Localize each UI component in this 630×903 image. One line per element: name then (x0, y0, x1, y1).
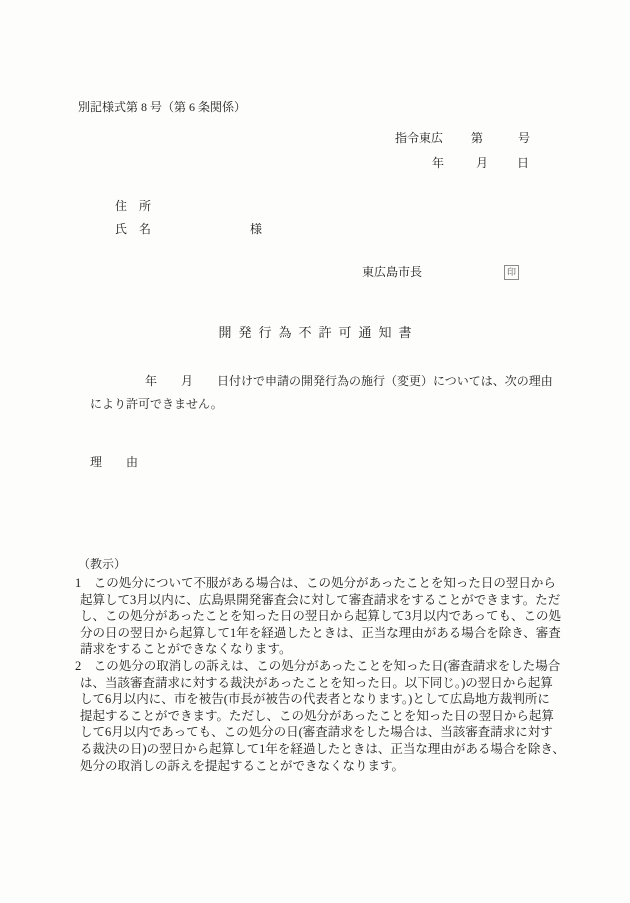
notice-heading: （教示） (78, 557, 126, 572)
doc-number-dai-label: 第 (471, 131, 483, 146)
recipient-honorific: 様 (250, 222, 262, 237)
notice-block: 1 この処分について不服がある場合は、この処分があったことを知った日の翌日から … (75, 575, 575, 774)
mayor-seal-mark: 印 (504, 265, 519, 280)
notice-item-2-line: る裁決の日)の翌日から起算して1年を経過したときは、正当な理由がある場合を除き、 (75, 741, 575, 758)
doc-number-prefix: 指令東広 (395, 131, 443, 146)
issuer-title: 東広島市長 (362, 265, 422, 280)
notice-item-1-line: 起算して3月以内に、広島県開発審査会に対して審査請求をすることができます。ただ (75, 592, 575, 609)
document-page: 別記様式第 8 号（第 6 条関係） 指令東広 第 号 年 月 日 住 所 氏 … (0, 0, 630, 903)
notice-item-2-line: して6月以内であっても、この処分の日(審査請求をした場合は、当該審査請求に対す (75, 724, 575, 741)
notice-item-2-line: 提起することができます。ただし、この処分があったことを知った日の翌日から起算 (75, 708, 575, 725)
date-month-label: 月 (476, 156, 488, 171)
notice-item-2-line: は、当該審査請求に対する裁決があったことを知った日。以下同じ。)の翌日から起算 (75, 675, 575, 692)
body-line-2: により許可できません。 (90, 397, 223, 412)
form-label: 別記様式第 8 号（第 6 条関係） (78, 100, 246, 115)
recipient-address-label: 住 所 (115, 199, 151, 214)
body-line-1: 年 月 日付けで申請の開発行為の施行（変更）については、次の理由 (145, 374, 553, 389)
date-day-label: 日 (517, 156, 529, 171)
notice-item-1-line: 請求をすることができなくなります。 (75, 641, 575, 658)
document-title: 開発行為不許可通知書 (0, 322, 630, 341)
date-year-label: 年 (432, 156, 444, 171)
doc-number-go-label: 号 (518, 131, 530, 146)
notice-item-2-line: して6月以内に、市を被告(市長が被告の代表者となります。)として広島地方裁判所に (75, 691, 575, 708)
notice-item-2-line: 処分の取消しの訴えを提起することができなくなります。 (75, 758, 575, 775)
reason-label: 理 由 (90, 455, 138, 470)
recipient-name-label: 氏 名 (115, 222, 151, 237)
notice-item-1-line: 1 この処分について不服がある場合は、この処分があったことを知った日の翌日から (75, 575, 575, 592)
notice-item-1-line: し、この処分があったことを知った日の翌日から起算して3月以内であっても、この処 (75, 608, 575, 625)
notice-item-1-line: 分の日の翌日から起算して1年を経過したときは、正当な理由がある場合を除き、審査 (75, 625, 575, 642)
notice-item-2-line: 2 この処分の取消しの訴えは、この処分があったことを知った日(審査請求をした場合 (75, 658, 575, 675)
